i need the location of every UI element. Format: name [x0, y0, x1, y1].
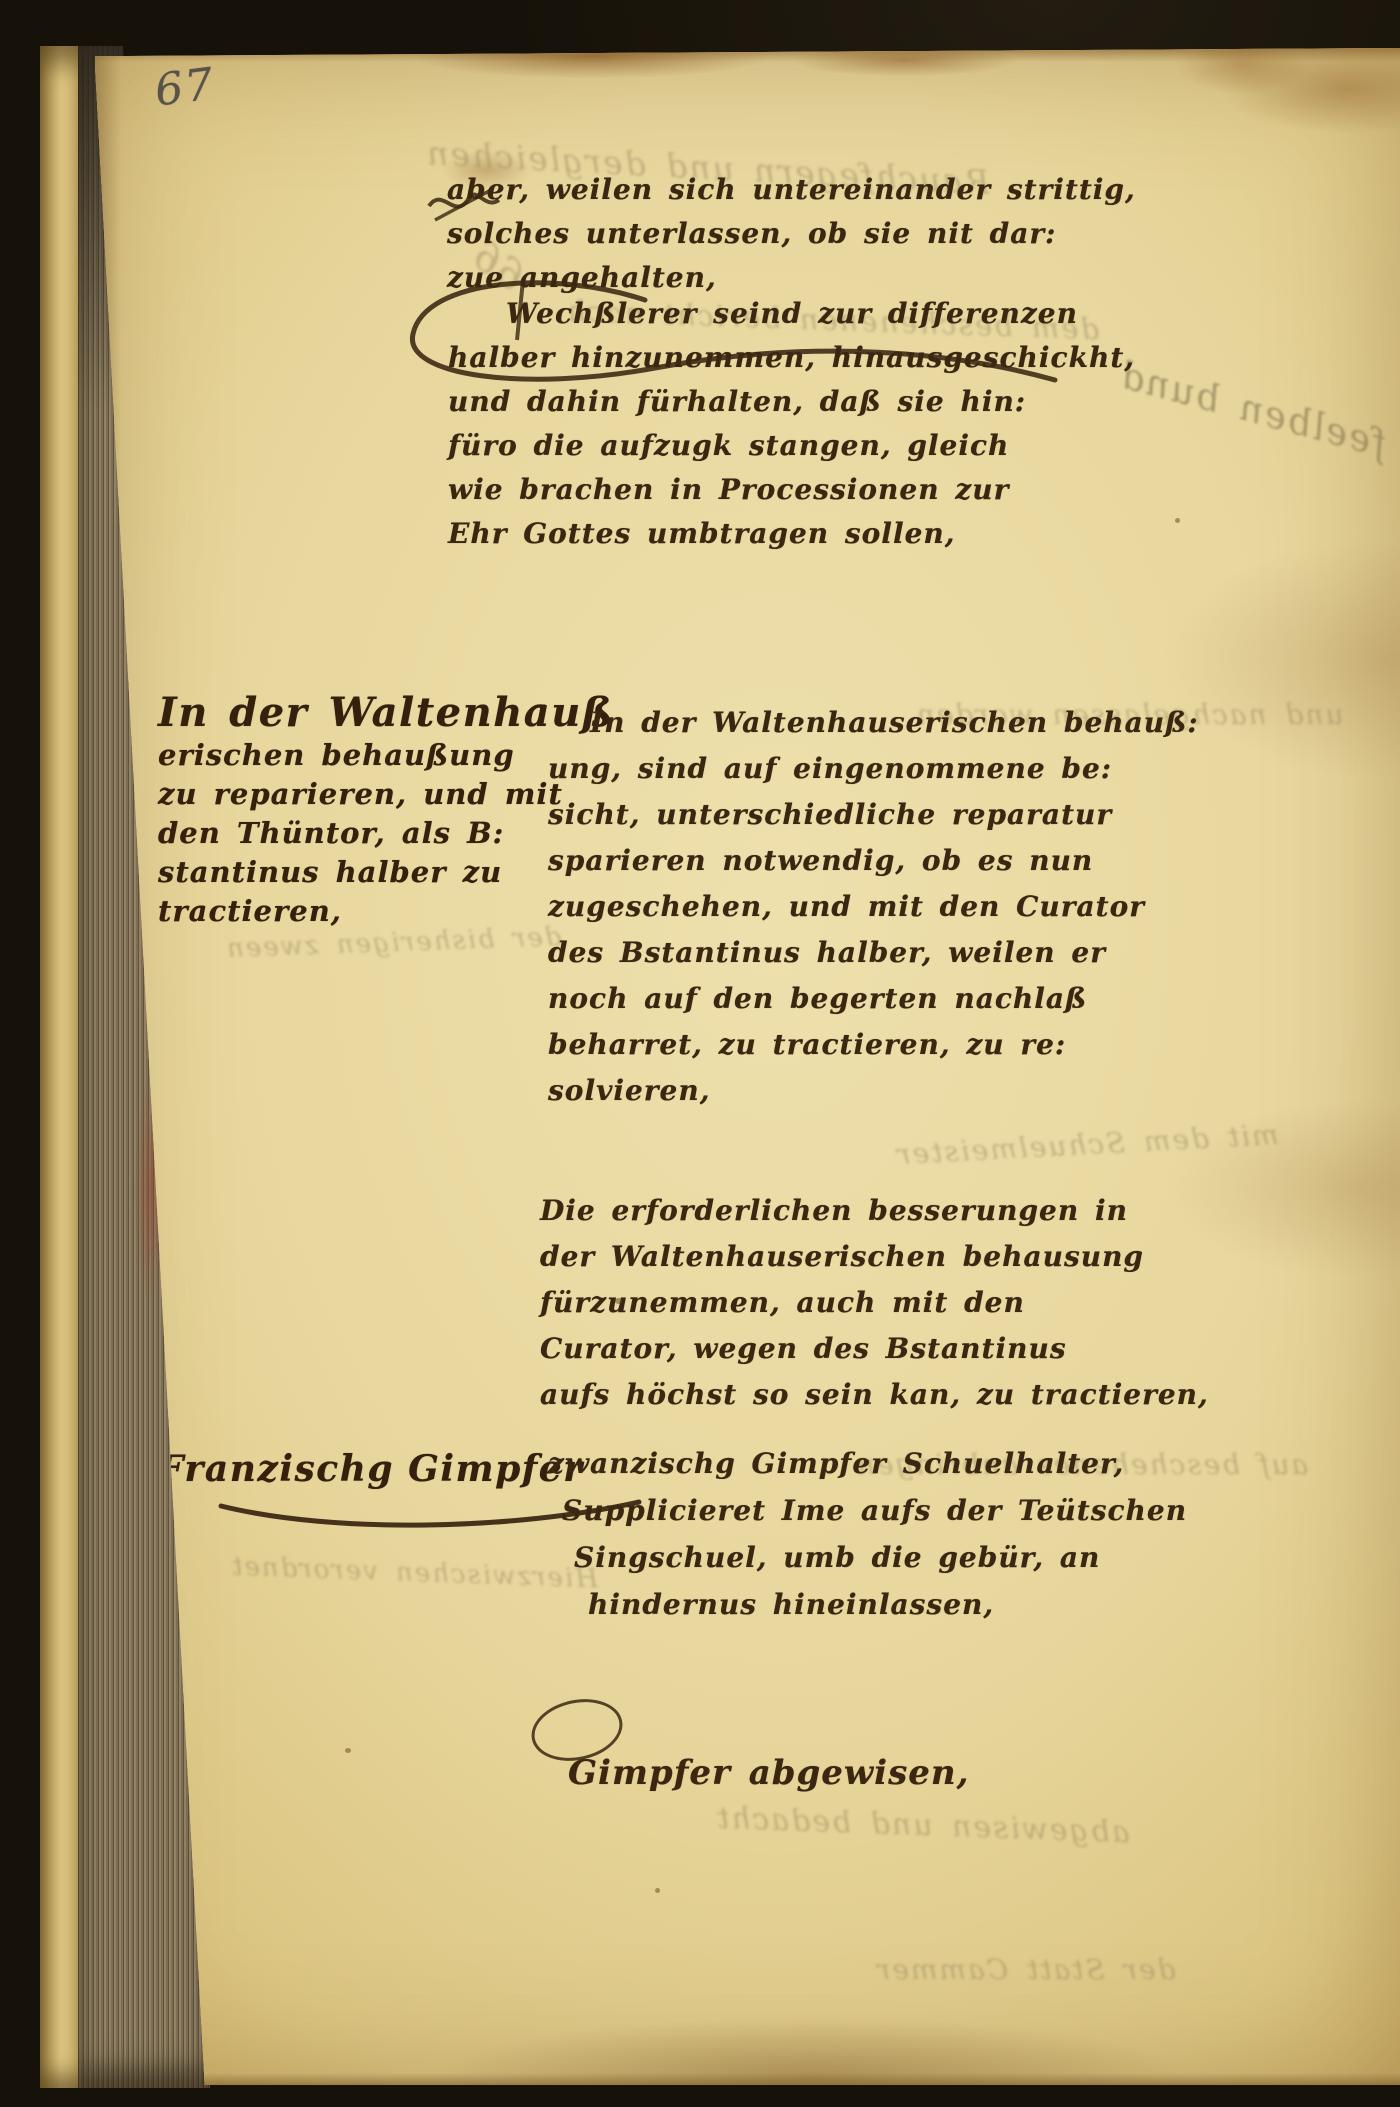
manuscript-line: noch auf den begerten nachlaß	[548, 976, 1199, 1022]
manuscript-line: halber hinzunemmen, hinausgeschickht,	[448, 336, 1135, 380]
manuscript-line: zugeschehen, und mit den Curator	[548, 884, 1199, 930]
manuscript-line: der Waltenhauserischen behausung	[540, 1234, 1209, 1280]
manuscript-line: füro die aufzugk stangen, gleich	[448, 424, 1135, 468]
manuscript-line: solches unterlassen, ob sie nit dar:	[447, 212, 1136, 256]
scanned-book-page: 67 66 Rauchfegern und dergleichen dem be…	[0, 0, 1400, 2107]
manuscript-line: fürzunemmen, auch mit den	[540, 1280, 1209, 1326]
manuscript-line: beharret, zu tractieren, zu re:	[548, 1022, 1199, 1068]
foxing-speck	[655, 1888, 660, 1893]
manuscript-line: sicht, unterschiedliche reparatur	[548, 792, 1199, 838]
margin-note-1: In der Waltenhaußerischen behaußungzu re…	[158, 690, 614, 931]
manuscript-line: aufs höchst so sein kan, zu tractieren,	[540, 1372, 1209, 1418]
manuscript-line: Ehr Gottes umbtragen sollen,	[448, 512, 1135, 556]
manuscript-line: wie brachen in Processionen zur	[448, 468, 1135, 512]
manuscript-line: aber, weilen sich untereinander strittig…	[447, 168, 1136, 212]
manuscript-line: und dahin fürhalten, daß sie hin:	[448, 380, 1135, 424]
ink-showthrough: mit dem Schuelmeister	[894, 1118, 1279, 1171]
manuscript-line: erischen behaußung	[158, 736, 614, 775]
manuscript-line: Curator, wegen des Bstantinus	[540, 1326, 1209, 1372]
paragraph-4: Die erforderlichen besserungen inder Wal…	[540, 1188, 1209, 1418]
paragraph-1: aber, weilen sich untereinander strittig…	[447, 168, 1136, 300]
manuscript-line: Singschuel, umb die gebür, an	[574, 1534, 1187, 1581]
manuscript-line: sparieren notwendig, ob es nun	[548, 838, 1199, 884]
foxing-speck	[615, 1298, 622, 1304]
margin-note-2: Franzischg Gimpfer	[158, 1448, 584, 1490]
manuscript-line: stantinus halber zu	[158, 853, 614, 892]
closing-line: Gimpfer abgewisen,	[540, 1748, 969, 1798]
right-margin-showthrough: feelben bund	[1114, 353, 1391, 466]
manuscript-line: solvieren,	[548, 1068, 1199, 1114]
ink-showthrough: abgewisen und bedacht	[715, 1801, 1131, 1850]
manuscript-line: In der Waltenhauserischen behauß:	[590, 700, 1199, 746]
manuscript-line: zu reparieren, und mit	[158, 775, 614, 814]
foxing-speck	[345, 1748, 351, 1753]
ink-showthrough: der Statt Cammer	[875, 1953, 1175, 1986]
manuscript-line: hindernus hineinlassen,	[588, 1581, 1187, 1628]
manuscript-page: 67 66 Rauchfegern und dergleichen dem be…	[95, 48, 1400, 2085]
manuscript-line: Gimpfer abgewisen,	[568, 1748, 969, 1798]
manuscript-line: Wechßlerer seind zur differenzen	[506, 292, 1135, 336]
manuscript-line: Die erforderlichen besserungen in	[540, 1188, 1209, 1234]
manuscript-line: Supplicieret Ime aufs der Teütschen	[562, 1487, 1187, 1534]
manuscript-line: zwanzischg Gimpfer Schuelhalter,	[548, 1440, 1187, 1487]
ink-showthrough: Hierzwischen verordnet	[230, 1552, 599, 1595]
manuscript-line: tractieren,	[158, 892, 614, 931]
folio-number: 67	[152, 59, 218, 117]
foxing-speck	[1175, 518, 1180, 523]
manuscript-line: In der Waltenhauß	[158, 690, 614, 736]
manuscript-line: den Thüntor, als B:	[158, 814, 614, 853]
paragraph-5: zwanzischg Gimpfer Schuelhalter,Supplici…	[548, 1440, 1187, 1628]
manuscript-line: des Bstantinus halber, weilen er	[548, 930, 1199, 976]
manuscript-line: ung, sind auf eingenommene be:	[548, 746, 1199, 792]
paragraph-2: Wechßlerer seind zur differenzenhalber h…	[448, 292, 1135, 556]
paragraph-3: In der Waltenhauserischen behauß:ung, si…	[548, 700, 1199, 1114]
